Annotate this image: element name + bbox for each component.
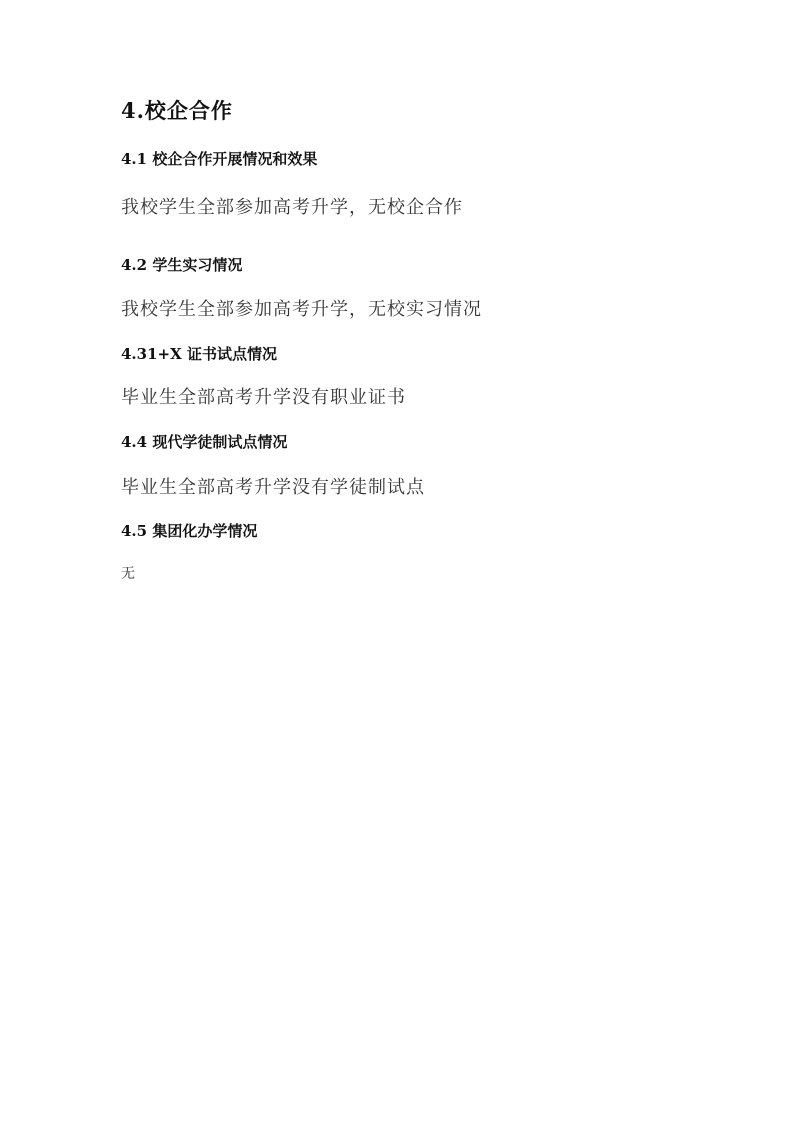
subsection-body-4-2: 我校学生全部参加高考升学，无校实习情况 — [121, 295, 482, 321]
subsection-body-4-5: 无 — [121, 563, 135, 583]
subsection-heading-4-3: 4.31+X 证书试点情况 — [121, 343, 277, 364]
section-title: 4.校企合作 — [121, 95, 233, 125]
subsection-body-4-4: 毕业生全部高考升学没有学徒制试点 — [121, 473, 425, 499]
subsection-heading-4-5: 4.5 集团化办学情况 — [121, 520, 257, 541]
subsection-heading-4-4: 4.4 现代学徒制试点情况 — [121, 431, 287, 452]
subsection-body-4-1: 我校学生全部参加高考升学，无校企合作 — [121, 193, 463, 219]
subsection-heading-4-1: 4.1 校企合作开展情况和效果 — [121, 148, 317, 169]
subsection-body-4-3: 毕业生全部高考升学没有职业证书 — [121, 383, 406, 409]
subsection-heading-4-2: 4.2 学生实习情况 — [121, 254, 242, 275]
